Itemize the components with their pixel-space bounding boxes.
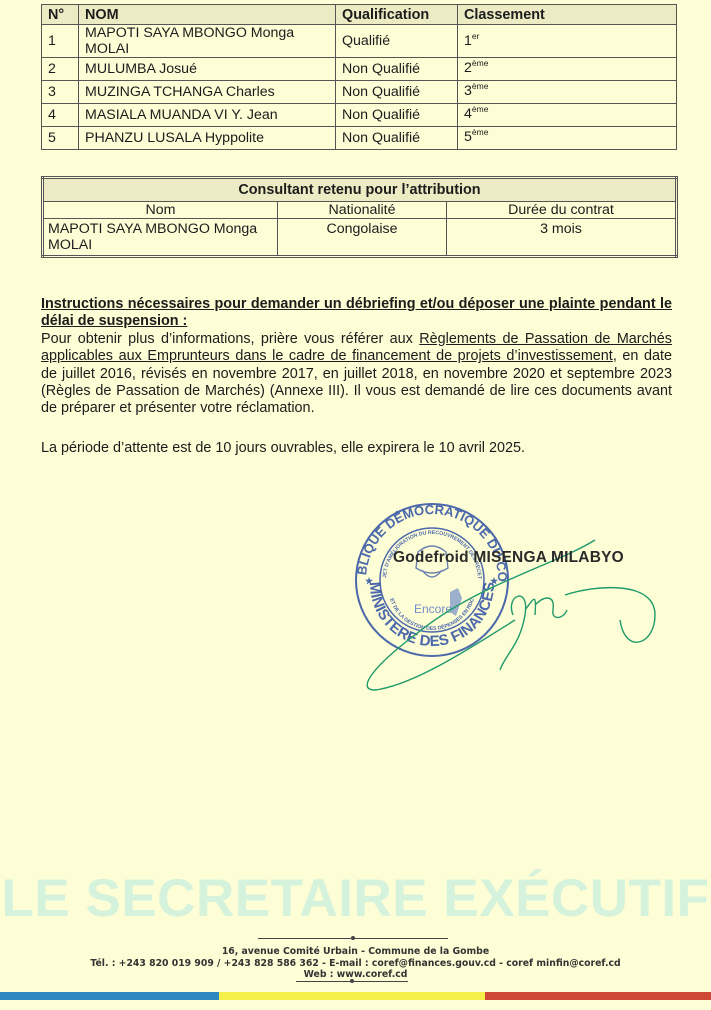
footer-divider [258, 938, 448, 939]
table-row: 1 MAPOTI SAYA MBONGO Monga MOLAI Qualifi… [42, 25, 677, 58]
row-no: 1 [42, 25, 79, 58]
row-qualification: Non Qualifié [336, 127, 458, 150]
row-rank: 2ème [458, 58, 677, 81]
header-nom: Nom [43, 202, 278, 219]
row-nom: MULUMBA Josué [79, 58, 336, 81]
row-no: 4 [42, 104, 79, 127]
header-qualification: Qualification [336, 5, 458, 25]
rank-suffix: er [472, 31, 480, 41]
table-row: MAPOTI SAYA MBONGO Monga MOLAI Congolais… [43, 219, 677, 257]
table-row: 3 MUZINGA TCHANGA Charles Non Qualifié 3… [42, 81, 677, 104]
ranking-table: N° NOM Qualification Classement 1 MAPOTI… [41, 4, 677, 150]
instructions-body-pre: Pour obtenir plus d’informations, prière… [41, 331, 419, 347]
rank-suffix: ème [472, 81, 489, 91]
header-nom: NOM [79, 5, 336, 25]
header-classement: Classement [458, 5, 677, 25]
consultant-table: Consultant retenu pour l’attribution Nom… [41, 176, 678, 258]
table-row: 2 MULUMBA Josué Non Qualifié 2ème [42, 58, 677, 81]
ranking-header-row: N° NOM Qualification Classement [42, 5, 677, 25]
row-no: 2 [42, 58, 79, 81]
consultant-nationalite: Congolaise [278, 219, 447, 257]
row-rank: 5ème [458, 127, 677, 150]
footer-contact: Tél. : +243 820 019 909 / +243 828 586 3… [0, 958, 711, 970]
row-nom: PHANZU LUSALA Hyppolite [79, 127, 336, 150]
table-row: 5 PHANZU LUSALA Hyppolite Non Qualifié 5… [42, 127, 677, 150]
row-nom: MAPOTI SAYA MBONGO Monga MOLAI [79, 25, 336, 58]
instructions-section: Instructions nécessaires pour demander u… [41, 296, 672, 418]
header-nationalite: Nationalité [278, 202, 447, 219]
row-qualification: Non Qualifié [336, 81, 458, 104]
row-no: 3 [42, 81, 79, 104]
rank-suffix: ème [472, 104, 489, 114]
rank-suffix: ème [472, 127, 489, 137]
flag-stripe-red [485, 992, 711, 1000]
watermark-title: LE SECRETAIRE EXÉCUTIF [0, 868, 711, 929]
row-nom: MASIALA MUANDA VI Y. Jean [79, 104, 336, 127]
signer-name: Godefroid MISENGA MILABYO [393, 549, 624, 567]
footer-divider [296, 981, 408, 982]
rank-number: 5 [464, 129, 472, 145]
table-row: 4 MASIALA MUANDA VI Y. Jean Non Qualifié… [42, 104, 677, 127]
rank-number: 3 [464, 83, 472, 99]
instructions-heading: Instructions nécessaires pour demander u… [41, 296, 672, 331]
row-rank: 4ème [458, 104, 677, 127]
waiting-period-text: La période d’attente est de 10 jours ouv… [41, 440, 525, 456]
rank-number: 2 [464, 60, 472, 76]
row-no: 5 [42, 127, 79, 150]
footer: 16, avenue Comité Urbain - Commune de la… [0, 946, 711, 981]
flag-color-bar [0, 992, 711, 1000]
footer-address: 16, avenue Comité Urbain - Commune de la… [0, 946, 711, 958]
row-qualification: Qualifié [336, 25, 458, 58]
row-nom: MUZINGA TCHANGA Charles [79, 81, 336, 104]
header-duree: Durée du contrat [447, 202, 677, 219]
consultant-table-title: Consultant retenu pour l’attribution [43, 178, 677, 202]
consultant-nom: MAPOTI SAYA MBONGO Monga MOLAI [43, 219, 278, 257]
instructions-body: Pour obtenir plus d’informations, prière… [41, 331, 672, 418]
flag-stripe-yellow [219, 992, 485, 1000]
consultant-duree: 3 mois [447, 219, 677, 257]
rank-suffix: ème [472, 58, 489, 68]
header-no: N° [42, 5, 79, 25]
rank-number: 1 [464, 33, 472, 49]
footer-web: Web : www.coref.cd [0, 969, 711, 981]
rank-number: 4 [464, 106, 472, 122]
row-qualification: Non Qualifié [336, 58, 458, 81]
row-qualification: Non Qualifié [336, 104, 458, 127]
flag-stripe-blue [0, 992, 219, 1000]
row-rank: 1er [458, 25, 677, 58]
row-rank: 3ème [458, 81, 677, 104]
